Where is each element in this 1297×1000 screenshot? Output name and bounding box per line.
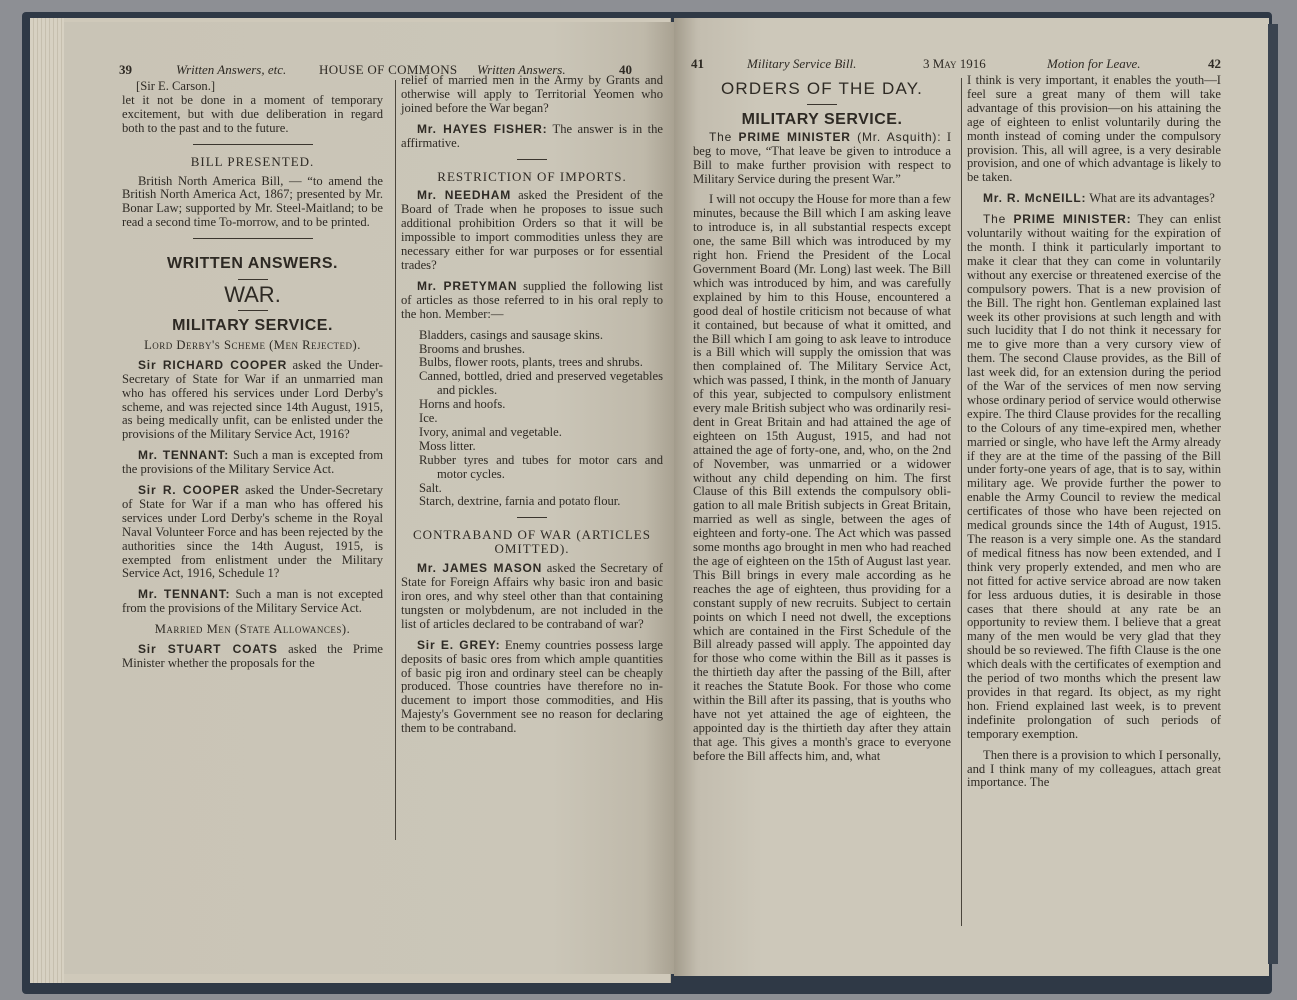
section-rule <box>193 144 313 145</box>
speaker-name: Mr. HAYES FISHER: <box>417 122 547 136</box>
list-item: Rubber tyres and tubes for motor cars an… <box>419 454 663 482</box>
right-column-1: ORDERS OF THE DAY. MILITARY SERVICE. The… <box>693 78 951 771</box>
question-mason: Mr. JAMES MASON asked the Secre­tary of … <box>401 562 663 632</box>
married-men-subheading: Married Men (State Allowances). <box>122 623 383 637</box>
list-item: Moss litter. <box>419 440 663 454</box>
speaker-name: Mr. PRETYMAN <box>417 279 517 293</box>
bill-presented-text: British North America Bill, — “to amend … <box>122 175 383 231</box>
page-number-41: 41 <box>691 56 704 71</box>
left-column-2: relief of married men in the Army by Gra… <box>401 74 663 743</box>
derby-scheme-subheading: Lord Derby's Scheme (Men Rejected). <box>122 339 383 353</box>
speaker-name: Mr. TENNANT: <box>138 448 229 462</box>
answer-tennant-2: Mr. TENNANT: Such a man is not excepted … <box>122 588 383 616</box>
carson-continuation: let it not be done in a moment of tem­po… <box>122 94 383 136</box>
page-number-39: 39 <box>119 62 132 77</box>
running-head-left: Written Answers, etc. <box>176 62 286 78</box>
speaker-name: Sir RICHARD COOPER <box>138 358 287 372</box>
page-edges <box>30 18 64 983</box>
list-item: Salt. <box>419 482 663 496</box>
written-answers-heading: WRITTEN ANSWERS. <box>122 257 383 271</box>
list-item: Brooms and brushes. <box>419 343 663 357</box>
speaker-name: Sir R. COOPER <box>138 483 240 497</box>
speaker-name: Mr. TENNANT: <box>138 587 230 601</box>
page-number-42: 42 <box>1208 56 1221 72</box>
orders-of-the-day-heading: ORDERS OF THE DAY. <box>693 82 951 96</box>
interjection-mcneill: Mr. R. McNEILL: What are its advan­tages… <box>967 192 1221 206</box>
speaker-tag: [Sir E. Carson.] <box>136 80 383 94</box>
running-head-left: Military Service Bill. <box>747 56 856 72</box>
coats-continuation: relief of married men in the Army by Gra… <box>401 74 663 116</box>
section-rule <box>807 104 837 105</box>
running-head-date: 3 May 1916 <box>923 56 986 72</box>
pm-reply: The PRIME MINISTER: They can en­list vol… <box>967 213 1221 741</box>
speaker-name: Mr. NEEDHAM <box>417 188 511 202</box>
list-item: Canned, bottled, dried and preserved veg… <box>419 370 663 398</box>
list-item: Starch, dextrine, farnia and potato flou… <box>419 495 663 509</box>
speaker-name: Mr. JAMES MASON <box>417 561 542 575</box>
military-service-heading: MILITARY SERVICE. <box>122 319 383 333</box>
list-item: Ice. <box>419 412 663 426</box>
answer-pretyman: Mr. PRETYMAN supplied the following list… <box>401 280 663 322</box>
restriction-imports-heading: RESTRICTION OF IMPORTS. <box>401 170 663 184</box>
question-needham: Mr. NEEDHAM asked the President of the B… <box>401 189 663 272</box>
column-divider <box>395 80 396 840</box>
section-rule <box>517 159 547 160</box>
question-cooper-1: Sir RICHARD COOPER asked the Under-Secre… <box>122 359 383 442</box>
list-item: Bladders, casings and sausage skins. <box>419 329 663 343</box>
cover-edge <box>1268 24 1278 964</box>
question-cooper-2: Sir R. COOPER asked the Under-Secretary … <box>122 484 383 581</box>
bill-presented-heading: BILL PRESENTED. <box>122 155 383 169</box>
column-divider <box>961 78 962 926</box>
war-heading: WAR. <box>122 288 383 302</box>
list-item: Horns and hoofs. <box>419 398 663 412</box>
articles-list: Bladders, casings and sausage skins. Bro… <box>401 329 663 510</box>
section-rule <box>517 517 547 518</box>
running-head-right: Motion for Leave. <box>1047 56 1141 72</box>
list-item: Bulbs, flower roots, plants, trees and s… <box>419 356 663 370</box>
speaker-name: PRIME MINISTER: <box>1013 212 1131 226</box>
pm-final-paragraph: Then there is a provision to which I per… <box>967 749 1221 791</box>
pm-speech-continuation: I think is very important, it enables th… <box>967 74 1221 185</box>
question-coats: Sir STUART COATS asked the Prime Ministe… <box>122 643 383 671</box>
contraband-heading: CONTRABAND OF WAR (ARTICLES OMITTED). <box>401 528 663 556</box>
answer-tennant-1: Mr. TENNANT: Such a man is ex­cepted fro… <box>122 449 383 477</box>
answer-hayes-fisher: Mr. HAYES FISHER: The answer is in the a… <box>401 123 663 151</box>
speaker-name: Sir E. GREY: <box>417 638 500 652</box>
right-column-2: I think is very important, it enables th… <box>967 74 1221 797</box>
section-rule <box>193 238 313 239</box>
right-page-header: 41 Military Service Bill. 3 May 1916 Mot… <box>691 56 1226 72</box>
list-item: Ivory, animal and vegetable. <box>419 426 663 440</box>
speaker-name: Mr. R. McNEILL: <box>983 191 1086 205</box>
answer-grey: Sir E. GREY: Enemy countries possess lar… <box>401 639 663 736</box>
speaker-name: Sir STUART COATS <box>138 642 278 656</box>
pm-motion: The PRIME MINISTER (Mr. Asquith): I beg … <box>693 131 951 187</box>
speaker-name: PRIME MINISTER <box>739 130 851 144</box>
left-column-1: [Sir E. Carson.] let it not be done in a… <box>122 80 383 678</box>
pm-speech: I will not occupy the House for more tha… <box>693 193 951 763</box>
section-rule <box>238 310 268 311</box>
section-rule <box>238 279 268 280</box>
military-service-heading: MILITARY SERVICE. <box>693 113 951 127</box>
